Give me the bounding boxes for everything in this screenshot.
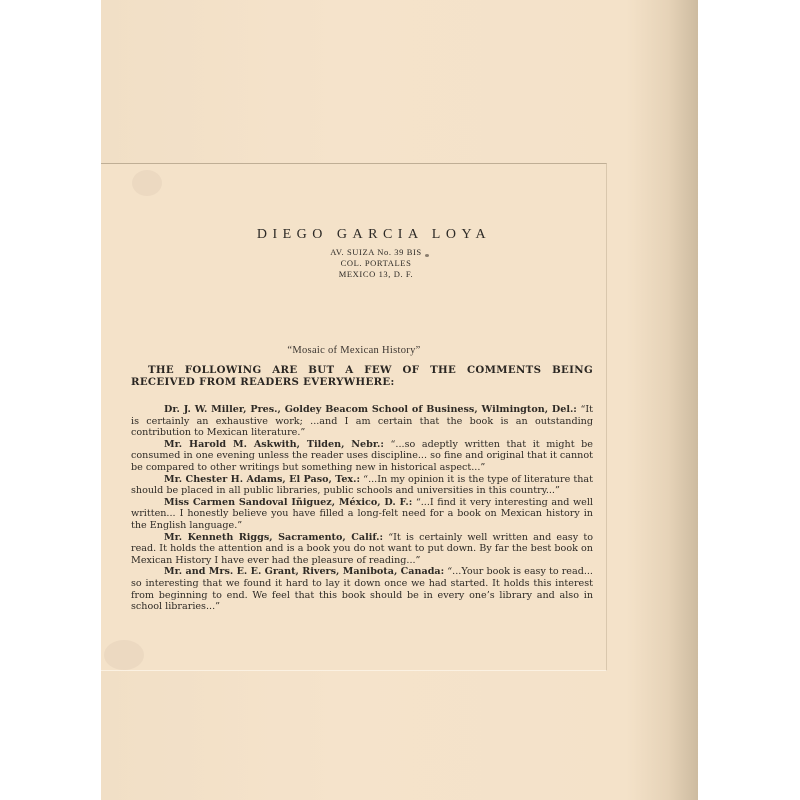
comment: Mr. Kenneth Riggs, Sacramento, Calif.: “… <box>131 532 593 567</box>
letterhead-name: DIEGO GARCIA LOYA <box>101 226 607 244</box>
paper-stain <box>104 640 144 670</box>
comment: Miss Carmen Sandoval Iñiguez, México, D.… <box>131 497 593 532</box>
section-heading: THE FOLLOWING ARE BUT A FEW OF THE COMME… <box>131 365 593 388</box>
comment-author: Mr. Harold M. Askwith, Tilden, Nebr.: <box>164 439 384 450</box>
comment-author: Mr. Chester H. Adams, El Paso, Tex.: <box>164 474 360 485</box>
letterhead-address-line: COL. PORTALES <box>101 258 607 269</box>
comment-author: Dr. J. W. Miller, Pres., Goldey Beacom S… <box>164 404 577 415</box>
comment-author: Mr. Kenneth Riggs, Sacramento, Calif.: <box>164 532 383 543</box>
ink-mark <box>425 254 429 257</box>
comment: Dr. J. W. Miller, Pres., Goldey Beacom S… <box>131 404 593 439</box>
comment: Mr. and Mrs. E. E. Grant, Rivers, Manibo… <box>131 566 593 612</box>
paper-stain <box>132 170 162 196</box>
reader-comments: Dr. J. W. Miller, Pres., Goldey Beacom S… <box>131 404 593 613</box>
letterhead-address-line: AV. SUIZA No. 39 BIS <box>101 247 607 258</box>
heading-text: THE FOLLOWING ARE BUT A FEW OF THE COMME… <box>131 364 593 388</box>
comment-author: Miss Carmen Sandoval Iñiguez, México, D.… <box>164 497 412 508</box>
comment: Mr. Chester H. Adams, El Paso, Tex.: “..… <box>131 474 593 497</box>
comment: Mr. Harold M. Askwith, Tilden, Nebr.: “.… <box>131 439 593 474</box>
letterhead: DIEGO GARCIA LOYA AV. SUIZA No. 39 BIS C… <box>101 226 607 280</box>
book-title: “Mosaic of Mexican History” <box>101 345 607 356</box>
comment-author: Mr. and Mrs. E. E. Grant, Rivers, Manibo… <box>164 566 444 577</box>
letterhead-address-line: MEXICO 13, D. F. <box>101 269 607 280</box>
